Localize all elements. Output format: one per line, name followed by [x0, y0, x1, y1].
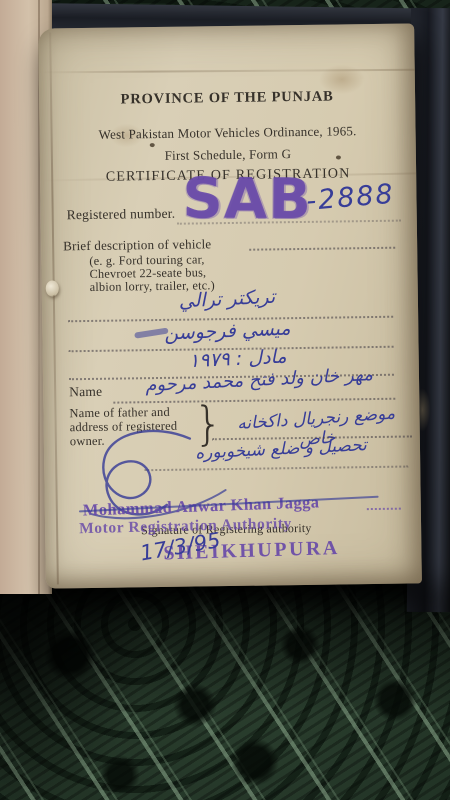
dotted-line [113, 396, 395, 404]
certificate-page: PROVINCE OF THE PUNJAB West Pakistan Mot… [38, 23, 422, 588]
name-label: Name [69, 384, 102, 400]
dotted-line [367, 506, 401, 510]
binding-seam [49, 32, 59, 584]
page-cast-shadow-left [0, 560, 140, 800]
ordinance-line: West Pakistan Motor Vehicles Ordinance, … [39, 122, 415, 143]
ink-speck [150, 143, 155, 147]
dotted-line [249, 245, 395, 251]
registered-number-label: Registered number. [67, 206, 176, 224]
father-label-line-1: Name of father and [69, 405, 170, 420]
binding-stitch-knot [46, 280, 59, 296]
province-heading: PROVINCE OF THE PUNJAB [39, 87, 415, 109]
schedule-line: First Schedule, Form G [40, 144, 416, 165]
